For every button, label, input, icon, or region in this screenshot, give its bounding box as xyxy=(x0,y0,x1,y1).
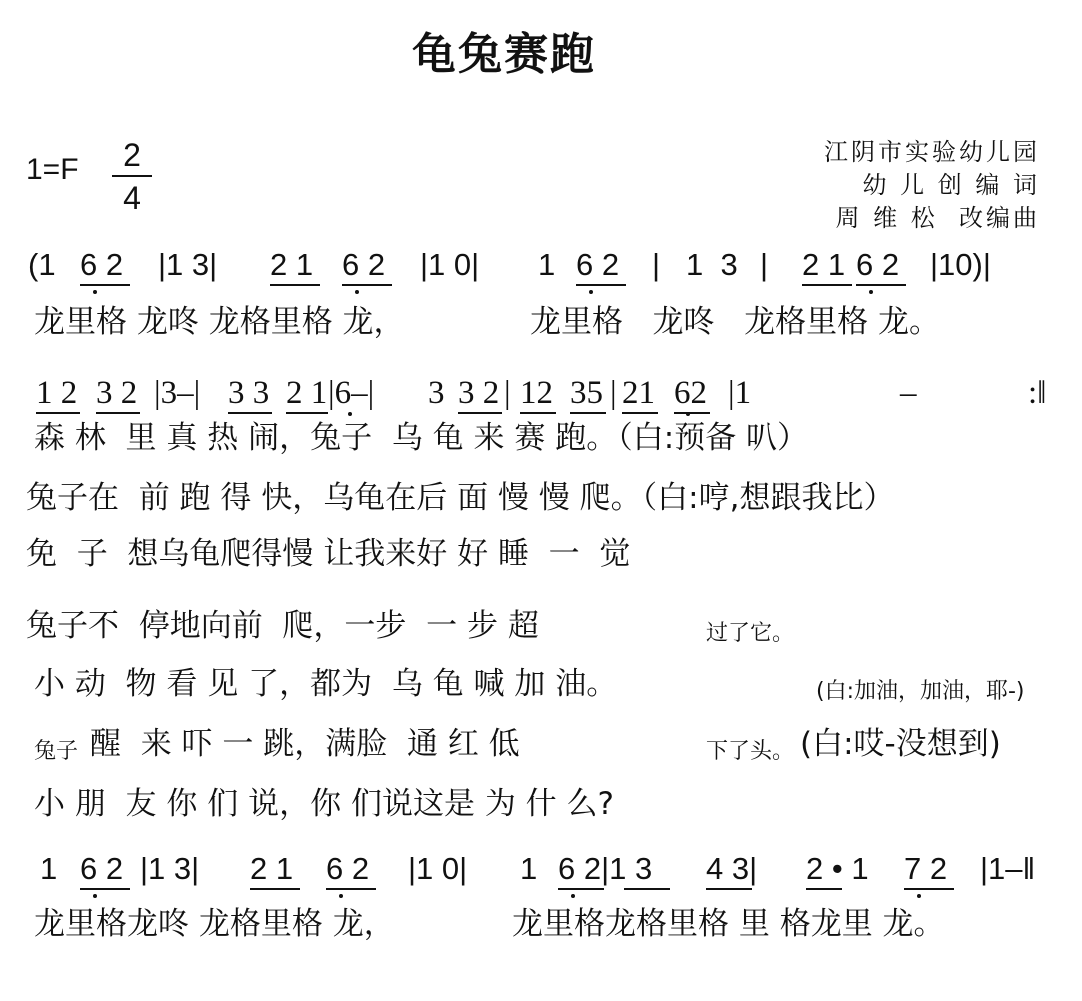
jianpu-note-group: |1 0| xyxy=(420,248,479,282)
jianpu-note-group: |1 3| xyxy=(140,852,199,886)
eighth-note-underline xyxy=(576,284,626,286)
jianpu-note-group: 7 2 xyxy=(904,852,947,886)
jianpu-note-group: 1 xyxy=(40,852,57,886)
time-signature-top: 2 xyxy=(112,138,152,172)
eighth-note-underline xyxy=(624,888,670,890)
eighth-note-underline xyxy=(96,412,140,414)
lyric-line: 小 朋 友 你 们 说，你 们说这是 为 什 么? xyxy=(34,786,614,822)
jianpu-note-group: 2 • 1 xyxy=(806,852,869,886)
low-octave-dot xyxy=(869,290,873,294)
jianpu-note-group: |6–| xyxy=(328,376,374,410)
eighth-note-underline xyxy=(228,412,272,414)
jianpu-note-group: 3 xyxy=(428,376,445,410)
eighth-note-underline xyxy=(36,412,80,414)
jianpu-note-group: |1 xyxy=(728,376,751,410)
low-octave-dot xyxy=(348,412,352,416)
credit-line: 江阴市实验幼儿园 xyxy=(824,136,1040,169)
low-octave-dot xyxy=(589,290,593,294)
lyric-line: 兔子在 前 跑 得 快，乌龟在后 面 慢 慢 爬。（白:哼,想跟我比） xyxy=(26,480,894,516)
jianpu-note-group: 1 3 xyxy=(686,248,738,282)
jianpu-note-group: 3 2 xyxy=(96,376,137,410)
lyric-line: 龙里格龙格里格 里 格龙里 龙。 xyxy=(512,906,945,942)
jianpu-note-group: | xyxy=(652,248,660,282)
jianpu-note-group: 6 2 xyxy=(856,248,899,282)
credit-line: 周 维 松 改编曲 xyxy=(824,202,1040,235)
lyric-line: 醒 来 吓 一 跳，满脸 通 红 低 xyxy=(90,726,520,762)
eighth-note-underline xyxy=(458,412,502,414)
key-signature: 1=F xyxy=(26,153,79,187)
eighth-note-underline xyxy=(520,412,556,414)
jianpu-note-group: | xyxy=(610,376,617,410)
lyric-line: 小 动 物 看 见 了，都为 乌 龟 喊 加 油。 xyxy=(34,666,617,702)
lyric-line: (白:加油，加油，耶-) xyxy=(816,674,1025,710)
eighth-note-underline xyxy=(622,412,658,414)
jianpu-note-group: |1–‖ xyxy=(980,852,1035,886)
jianpu-note-group: 6 2 xyxy=(326,852,369,886)
jianpu-note-group: :‖ xyxy=(1028,376,1046,410)
lyric-line: 龙里格 龙咚 龙格里格 龙， xyxy=(34,304,405,340)
jianpu-note-group: | xyxy=(760,248,768,282)
lyric-line: 下了头。 xyxy=(706,734,794,770)
time-signature: 2 4 xyxy=(112,138,152,215)
time-signature-bar xyxy=(112,175,152,177)
low-octave-dot xyxy=(339,894,343,898)
time-signature-bottom: 4 xyxy=(112,181,152,215)
lyric-line: 龙里格 龙咚 龙格里格 龙。 xyxy=(530,304,940,340)
eighth-note-underline xyxy=(832,888,842,890)
jianpu-note-group: 6 2 xyxy=(80,852,123,886)
low-octave-dot xyxy=(571,894,575,898)
jianpu-note-group: |3–| xyxy=(154,376,200,410)
jianpu-note-group: 6 2 xyxy=(80,248,123,282)
jianpu-note-group: 21 xyxy=(622,376,655,410)
low-octave-dot xyxy=(355,290,359,294)
eighth-note-underline xyxy=(674,412,710,414)
jianpu-note-group: | xyxy=(504,376,511,410)
eighth-note-underline xyxy=(342,284,392,286)
lyric-line: 免 子 想乌龟爬得慢 让我来好 好 睡 一 觉 xyxy=(26,536,630,572)
eighth-note-underline xyxy=(270,284,320,286)
lyric-line: 兔子不 停地向前 爬，一步 一 步 超 xyxy=(26,608,539,644)
low-octave-dot xyxy=(93,894,97,898)
jianpu-note-group: 2 1 xyxy=(802,248,845,282)
jianpu-note-group: 1 xyxy=(538,248,555,282)
jianpu-note-group: |10)| xyxy=(930,248,991,282)
eighth-note-underline xyxy=(80,888,130,890)
jianpu-note-group: 3 2 xyxy=(458,376,499,410)
lyric-line: 龙里格龙咚 龙格里格 龙， xyxy=(34,906,395,942)
jianpu-note-group: 35 xyxy=(570,376,603,410)
eighth-note-underline xyxy=(250,888,300,890)
jianpu-note-group: 3 3 xyxy=(228,376,269,410)
jianpu-note-group: (1 xyxy=(28,248,56,282)
jianpu-note-group: – xyxy=(900,376,917,410)
jianpu-note-group: |1 0| xyxy=(408,852,467,886)
lyric-line: 兔子 xyxy=(34,734,78,770)
jianpu-note-group: 62 xyxy=(674,376,707,410)
low-octave-dot xyxy=(686,412,690,416)
eighth-note-underline xyxy=(570,412,606,414)
jianpu-note-group: 1 2 xyxy=(36,376,77,410)
jianpu-note-group: 1 xyxy=(520,852,537,886)
jianpu-note-group: 2 1 xyxy=(286,376,327,410)
jianpu-note-group: 2 1 xyxy=(270,248,313,282)
eighth-note-underline xyxy=(904,888,954,890)
low-octave-dot xyxy=(917,894,921,898)
eighth-note-underline xyxy=(326,888,376,890)
eighth-note-underline xyxy=(286,412,328,414)
jianpu-note-group: 6 2 xyxy=(576,248,619,282)
lyric-line: 过了它。 xyxy=(706,616,794,652)
eighth-note-underline xyxy=(80,284,130,286)
credit-line: 幼 儿 创 编 词 xyxy=(824,169,1040,202)
jianpu-note-group: 2 1 xyxy=(250,852,293,886)
lyric-line: 森 林 里 真 热 闹，兔子 乌 龟 来 赛 跑。（白:预备 叭） xyxy=(34,420,808,456)
eighth-note-underline xyxy=(558,888,604,890)
jianpu-note-group: 6 2|1 3 xyxy=(558,852,652,886)
credits: 江阴市实验幼儿园 幼 儿 创 编 词 周 维 松 改编曲 xyxy=(824,136,1040,235)
lyric-line: (白:哎-没想到) xyxy=(800,726,1001,762)
eighth-note-underline xyxy=(802,284,852,286)
jianpu-note-group: 6 2 xyxy=(342,248,385,282)
eighth-note-underline xyxy=(706,888,752,890)
low-octave-dot xyxy=(93,290,97,294)
jianpu-note-group: 4 3| xyxy=(706,852,757,886)
jianpu-note-group: |1 3| xyxy=(158,248,217,282)
eighth-note-underline xyxy=(856,284,906,286)
jianpu-note-group: 12 xyxy=(520,376,553,410)
song-title: 龟兔赛跑 xyxy=(0,18,1008,82)
